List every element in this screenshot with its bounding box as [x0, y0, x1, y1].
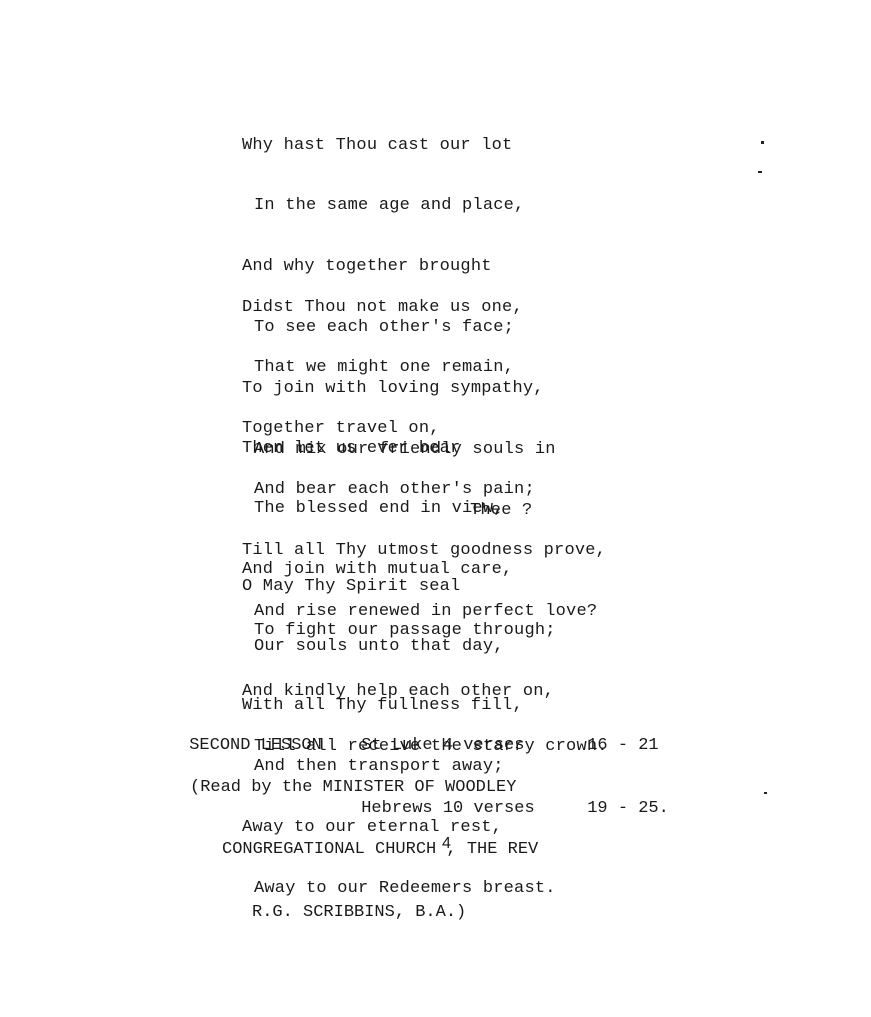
reader-line: CONGREGATIONAL CHURCH , THE REV [190, 839, 538, 859]
reader-note: (Read by the MINISTER OF WOODLEY CONGREG… [190, 735, 538, 964]
lesson-range: 16 - 21 [587, 735, 658, 756]
lesson-reading: SECOND LESSONSt Luke 4 verses16 - 21 [128, 714, 669, 735]
verse-line: Our souls unto that day, [242, 637, 556, 657]
scan-speck [758, 171, 762, 173]
verse-line: O May Thy Spirit seal [242, 577, 556, 597]
reader-line: (Read by the MINISTER OF WOODLEY [190, 777, 538, 797]
verse-line: Didst Thou not make us one, [242, 298, 606, 318]
page-number: 4 [442, 835, 451, 853]
verse-line: Then let us ever bear [242, 439, 608, 459]
scan-speck [761, 141, 764, 144]
verse-line: In the same age and place, [242, 196, 556, 216]
verse-line: That we might one remain, [242, 358, 606, 378]
document-page: Why hast Thou cast our lot In the same a… [0, 0, 871, 1017]
scan-speck [764, 792, 767, 794]
lesson-range: 19 - 25. [587, 798, 669, 819]
verse-line: The blessed end in view, [242, 499, 608, 519]
reader-line: R.G. SCRIBBINS, B.A.) [190, 902, 538, 922]
verse-line: Why hast Thou cast our lot [242, 136, 556, 156]
